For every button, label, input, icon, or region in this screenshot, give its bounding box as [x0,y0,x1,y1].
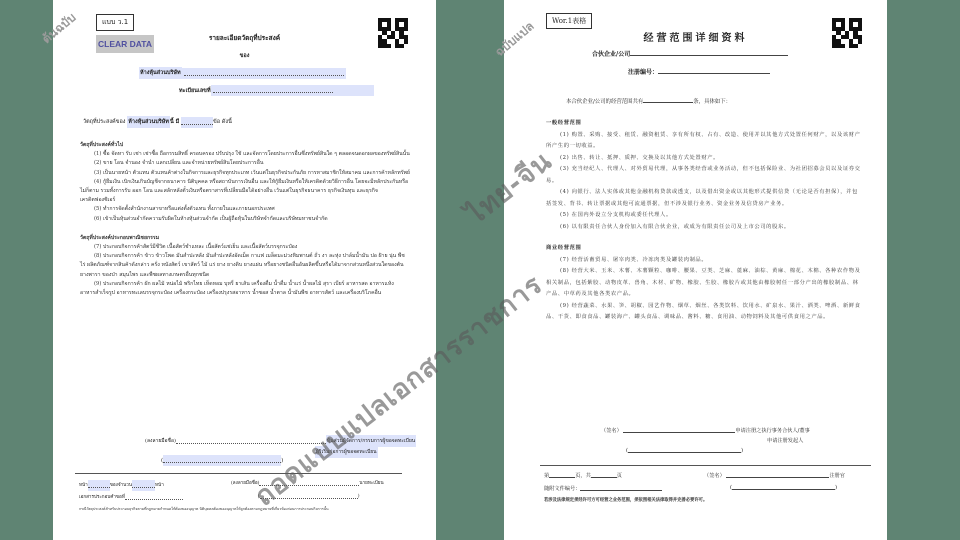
signature-role-2: ผู้ริเริ่มก่อการผู้ขอจดทะเบียน [315,446,378,458]
registration-number-line[interactable] [658,73,770,74]
signature-role-2-row: 申请注册发起人 [767,437,803,444]
partnership-name-row: ห้างหุ้นส่วนบริษัท [139,67,346,79]
page-number-line[interactable] [549,477,575,478]
registration-label: 注册编号： [628,67,658,76]
footer-divider [75,473,402,474]
page-number-input[interactable] [88,480,110,491]
signature-role-2-row: ผู้ริเริ่มก่อการผู้ขอจดทะเบียน [315,446,378,458]
objective-item: (2) 出售、转让、抵押、质押、交换及以其他方式处置财产。 [546,153,862,165]
registrar-sign-row: （签名） 注册官 [704,472,845,479]
attachment-label: เอกสารประกอบคำขอที่ [79,494,125,501]
objective-item: (9) 经营蔬菜、水果、笋、胡椒、园艺作物、烟草、烟丝、各类饮料、饮用水、矿泉水… [546,301,862,324]
form-code-label: แบบ ว.1 [96,14,134,31]
footer-page-suffix: หน้า [155,482,164,489]
attachment-number-line[interactable] [580,490,662,491]
objective-item: (1) ซื้อ จัดหา รับ เช่า เช่าซื้อ ถือกรรม… [80,150,410,159]
section-commercial-heading: วัตถุที่ประสงค์ประกอบพาณิชยกรรม [80,234,410,243]
signature-label: （签名） [601,427,622,434]
objectives-body: 一般经营范围 (1) 购置、采购、接受、租赁、融资租赁、享有所有权、占有、改造、… [546,112,862,324]
objective-item: (3) 充当经纪人、代理人、对外贸易代理，从事各类经营或业务活动，但不包括保险业… [546,164,862,187]
section-general-heading: 一般经营范围 [546,118,862,130]
printed-name-input[interactable] [163,455,281,466]
signature-line[interactable] [176,443,326,444]
registration-label: ทะเบียนเลขที่ [179,87,211,95]
footer-page-mid: 页，共 [575,472,591,479]
registrar-label: 注册官 [829,472,845,479]
registrar-name-row: () [730,485,837,491]
registration-number-row: 注册编号： [628,67,770,76]
partnership-name-input[interactable] [182,68,346,79]
objective-item: (4) กู้ยืมเงิน เบิกเงินเกินบัญชีจากธนาคา… [80,178,410,206]
printed-name-row: ( ) [161,455,283,466]
registrar-sign-line[interactable] [259,485,359,486]
printed-name-line[interactable] [628,452,741,453]
partnership-label: 合伙企业/公司 [592,49,630,58]
attachment-label: 随附文件编号： [544,485,580,492]
objective-item: (9) ประกอบกิจการค้า ผัก ผลไม้ หน่อไม้ พร… [80,280,410,298]
commercial-objectives-list: (7) 经营活畜贸易、屠宰肉类、冷冻肉类及罐装肉制品。(8) 经营大米、玉米、木… [546,255,862,324]
general-objectives-list: (1) 购置、采购、接受、租赁、融资租赁、享有所有权、占有、改造、使用并以其他方… [546,130,862,234]
objective-item: (6) 以有限责任合伙人身份加入有限合伙企业，或成为有限责任公司及上市公司的股东… [546,222,862,234]
registrar-sign-label: （签名） [704,472,725,479]
registrar-sign-label: (ลงลายมือชื่อ) [231,480,259,487]
general-objectives-list: (1) ซื้อ จัดหา รับ เช่า เช่าซื้อ ถือกรรม… [80,150,410,224]
footer-note: กรณีวัตถุประสงค์สำหรับประกอบธุรกิจตามที่… [79,505,409,514]
objective-item: (8) 经营大米、玉米、木薯、木薯颗粒、咖啡、腰果、豆类、芝麻、蓖麻、油棕、黄麻… [546,266,862,301]
intro-prefix: 本合伙企业/公司的经营范围共有 [566,97,643,105]
objective-item: (5) ทำการจัดตั้งสำนักงานสาขาหรือแต่งตั้ง… [80,205,410,214]
footer-page-suffix: 页 [617,472,622,479]
partnership-name-line[interactable] [630,55,788,56]
objective-item: (3) เป็นนายหน้า ตัวแทน ตัวแทนค้าต่างในกิ… [80,169,410,178]
commercial-objectives-list: (7) ประกอบกิจการค้าสัตว์มีชีวิต เนื้อสัต… [80,243,410,298]
thai-original-page: แบบ ว.1 CLEAR DATA รายละเอียดวัตถุที่ประ… [53,0,436,540]
objectives-count-line[interactable] [643,102,693,103]
footer-page-prefix: หน้า [79,482,88,489]
intro-mid: นี้ มี [170,118,179,126]
footer-page-prefix: 第 [544,472,549,479]
intro-entity: ห้างหุ้นส่วนบริษัท [127,116,170,128]
attachment-row: 随附文件编号： [544,485,662,492]
section-commercial-heading: 商业经营范围 [546,243,862,255]
chinese-translation-page: Wor.1表格 经营范围详细资料 合伙企业/公司 注册编号： 本合伙企业/公司的… [504,0,887,540]
printed-name-row: () [626,448,743,454]
document-title: 经营范围详细资料 [504,29,887,44]
objective-item: (7) 经营活畜贸易、屠宰肉类、冷冻肉类及罐装肉制品。 [546,255,862,267]
page-total-input[interactable] [132,480,155,491]
registration-number-row: ทะเบียนเลขที่ [179,85,374,96]
signature-role-1: 申请注册之执行事务合伙人/董事 [735,427,809,434]
attachment-row: เอกสารประกอบคำขอที่ [79,494,183,501]
intro-prefix: วัตถุที่ประสงค์ของ [83,118,126,126]
objective-item: (4) 向银行、法人实体或其他金融机构贷款或透支，以及借出资金或以其他形式提供信… [546,187,862,210]
registration-number-input[interactable] [211,85,374,96]
registrar-sign-row: (ลงลายมือชื่อ) นายทะเบียน [231,480,384,487]
page-total-line[interactable] [591,477,617,478]
footer-divider [540,465,871,466]
registrar-label: นายทะเบียน [359,480,383,487]
signature-role-2: 申请注册发起人 [767,437,803,444]
registrar-sign-line[interactable] [726,477,829,478]
registrar-name-row: () [258,494,360,499]
objective-item: (6) เข้าเป็นหุ้นส่วนจำกัดความรับผิดในห้า… [80,215,410,224]
objective-item: (8) ประกอบกิจการค้า ข้าว ข้าวโพด มันสำปะ… [80,252,410,280]
objectives-body: วัตถุที่ประสงค์ทั่วไป (1) ซื้อ จัดหา รับ… [80,135,410,298]
objective-item: (7) ประกอบกิจการค้าสัตว์มีชีวิต เนื้อสัต… [80,243,410,252]
partnership-label: ห้างหุ้นส่วนบริษัท [139,67,182,79]
footer-note: 若涉及法律规定须经许可方可经营之业务范围，须依照相关法律取得并完善必要许可。 [544,496,864,505]
document-title: รายละเอียดวัตถุที่ประสงค์ [53,33,436,43]
intro-suffix: 条，具体如下： [693,97,731,105]
document-subtitle: ของ [53,52,436,60]
section-general-heading: วัตถุที่ประสงค์ทั่วไป [80,141,410,150]
objective-item: (2) ขาย โอน จำนอง จำนำ แลกเปลี่ยน และจำห… [80,159,410,168]
registrar-name-line[interactable] [732,489,835,490]
footer-page-row: หน้า ของจำนวน หน้า [79,480,164,491]
objectives-count-input[interactable] [181,117,213,128]
objectives-count-row: วัตถุที่ประสงค์ของ ห้างหุ้นส่วนบริษัท นี… [83,116,232,128]
form-code-label: Wor.1表格 [546,13,592,29]
signature-label: (ลงลายมือชื่อ) [145,437,176,445]
objectives-count-row: 本合伙企业/公司的经营范围共有 条，具体如下： [566,97,731,105]
footer-page-row: 第 页，共 页 [544,472,622,479]
partnership-name-row: 合伙企业/公司 [592,49,788,58]
objective-item: (1) 购置、采购、接受、租赁、融资租赁、享有所有权、占有、改造、使用并以其他方… [546,130,862,153]
signature-line[interactable] [623,432,735,433]
footer-page-mid: ของจำนวน [110,482,132,489]
intro-suffix: ข้อ ดังนี้ [213,118,232,126]
objective-item: (5) 在国内外设立分支机构或委任代理人。 [546,210,862,222]
registrar-name-line[interactable] [260,498,358,499]
signature-row: （签名） 申请注册之执行事务合伙人/董事 [601,427,810,434]
attachment-number-line[interactable] [125,499,183,500]
